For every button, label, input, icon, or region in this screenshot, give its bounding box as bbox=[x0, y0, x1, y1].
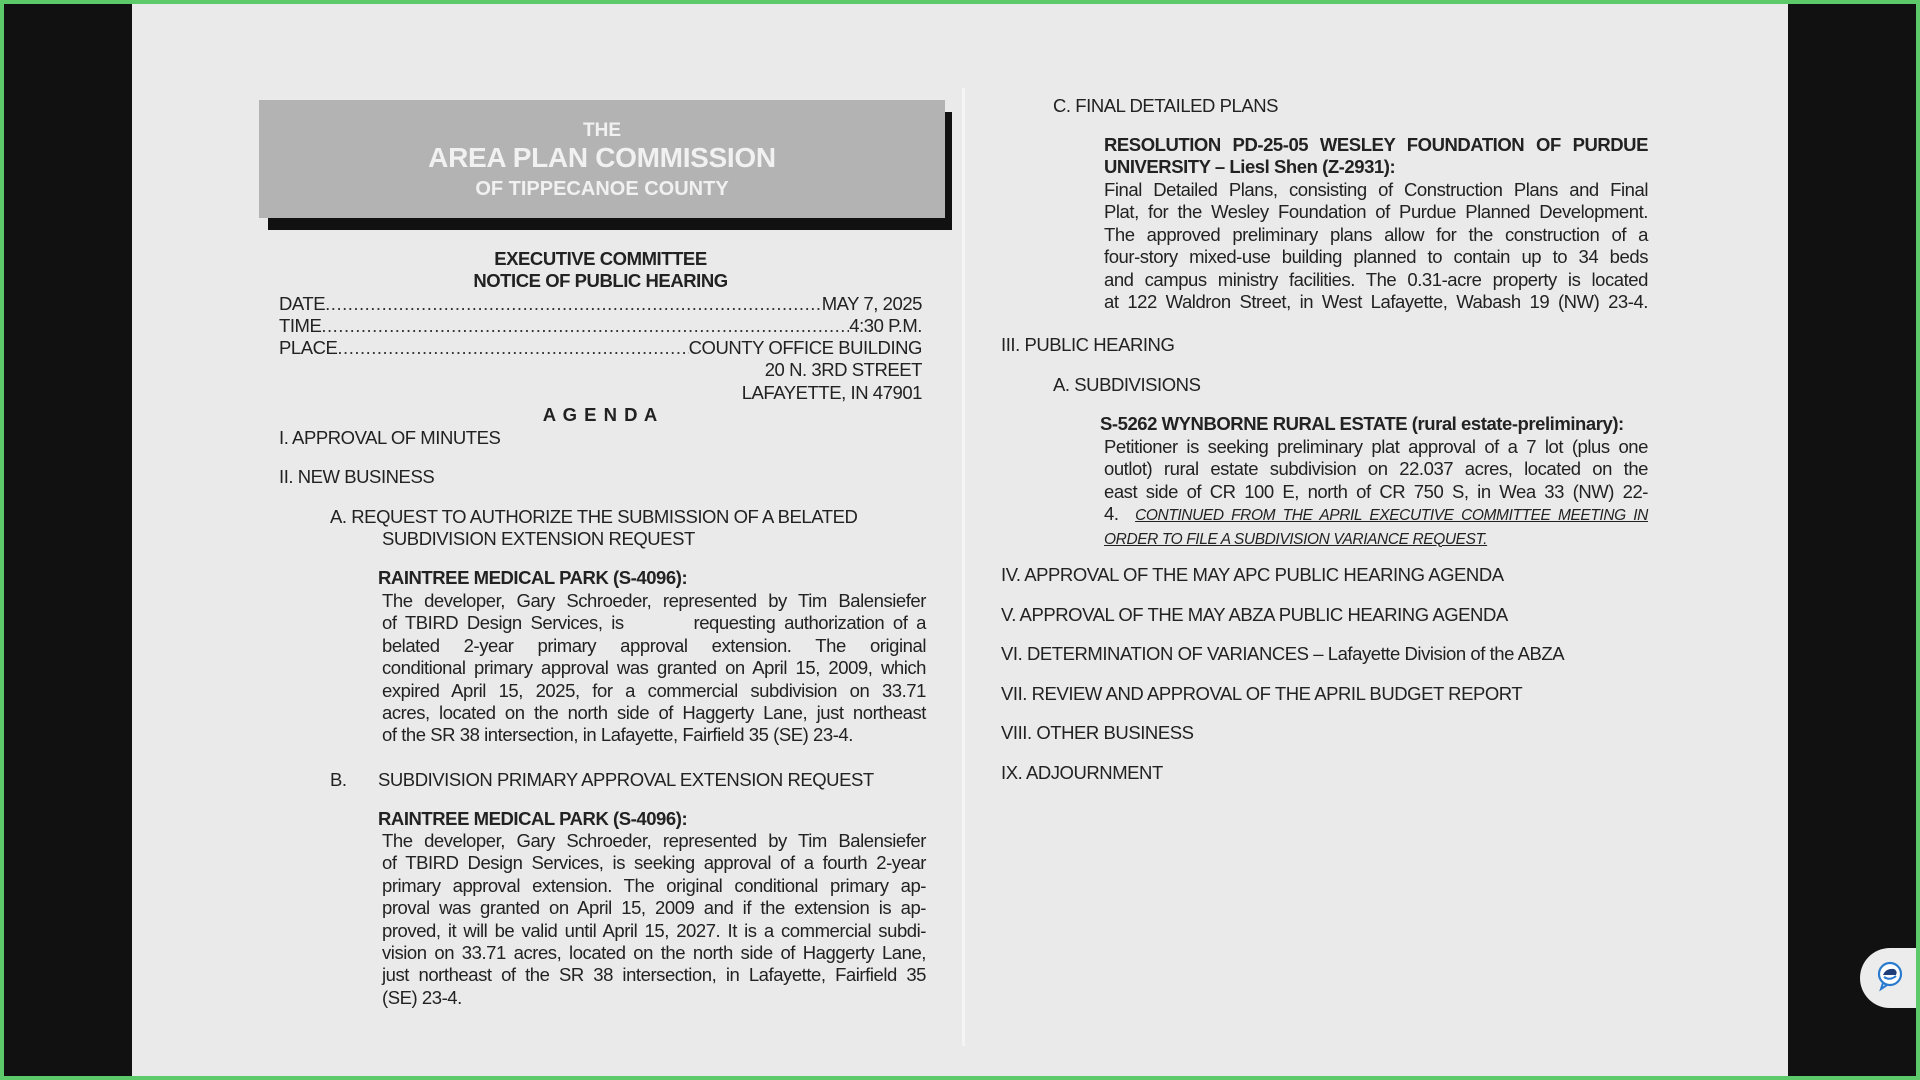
item-2b-letter: B. bbox=[330, 769, 347, 791]
item-3a-case-title: S-5262 WYNBORNE RURAL ESTATE (rural esta… bbox=[1100, 413, 1624, 435]
item-2c-title: C. FINAL DETAILED PLANS bbox=[1053, 95, 1278, 117]
notice-heading: NOTICE OF PUBLIC HEARING bbox=[279, 270, 922, 292]
header-banner: THE AREA PLAN COMMISSION OF TIPPECANOE C… bbox=[259, 100, 945, 218]
continued-note-1: CONTINUED FROM THE APRIL EXECUTIVE COMMI… bbox=[1135, 507, 1648, 524]
time-label: TIME bbox=[279, 315, 321, 337]
document-page: THE AREA PLAN COMMISSION OF TIPPECANOE C… bbox=[132, 4, 1788, 1076]
item-2b-description: The developer, Gary Schroeder, represent… bbox=[382, 830, 926, 1009]
chat-bubble-icon bbox=[1874, 960, 1906, 997]
agenda-item-6: VI. DETERMINATION OF VARIANCES – Lafayet… bbox=[1001, 643, 1564, 665]
item-3a-title: A. SUBDIVISIONS bbox=[1053, 374, 1200, 396]
leader-dots bbox=[337, 337, 688, 359]
place-row: PLACE COUNTY OFFICE BUILDING bbox=[279, 337, 922, 359]
place-label: PLACE bbox=[279, 337, 337, 359]
agenda-item-8: VIII. OTHER BUSINESS bbox=[1001, 722, 1194, 744]
agenda-item-1: I. APPROVAL OF MINUTES bbox=[279, 427, 500, 449]
time-row: TIME 4:30 P.M. bbox=[279, 315, 922, 337]
item-2b-title: SUBDIVISION PRIMARY APPROVAL EXTENSION R… bbox=[378, 769, 874, 791]
column-divider bbox=[962, 88, 965, 1046]
time-value: 4:30 P.M. bbox=[849, 315, 922, 337]
leader-dots bbox=[321, 315, 849, 337]
item-2c-case-title: RESOLUTION PD-25-05 WESLEY FOUNDATION OF… bbox=[1104, 134, 1648, 179]
date-label: DATE bbox=[279, 293, 325, 315]
item-2a-title-line2: SUBDIVISION EXTENSION REQUEST bbox=[382, 528, 695, 550]
item-2c-description: Final Detailed Plans, consisting of Cons… bbox=[1104, 179, 1648, 313]
agenda-item-2: II. NEW BUSINESS bbox=[279, 466, 434, 488]
item-2a-case-title: RAINTREE MEDICAL PARK (S-4096): bbox=[378, 567, 687, 589]
header-county: OF TIPPECANOE COUNTY bbox=[259, 178, 945, 201]
agenda-item-9: IX. ADJOURNMENT bbox=[1001, 762, 1163, 784]
item-2a-title-line1: A. REQUEST TO AUTHORIZE THE SUBMISSION O… bbox=[330, 506, 857, 528]
chat-button[interactable] bbox=[1860, 948, 1920, 1008]
agenda-item-7: VII. REVIEW AND APPROVAL OF THE APRIL BU… bbox=[1001, 683, 1522, 705]
date-value: MAY 7, 2025 bbox=[822, 293, 922, 315]
date-row: DATE MAY 7, 2025 bbox=[279, 293, 922, 315]
address-line-1: 20 N. 3RD STREET bbox=[279, 359, 922, 381]
item-3a-description: Petitioner is seeking preliminary plat a… bbox=[1104, 436, 1648, 549]
leader-dots bbox=[325, 293, 822, 315]
item-2a-description: The developer, Gary Schroeder, represent… bbox=[382, 590, 926, 747]
agenda-item-5: V. APPROVAL OF THE MAY ABZA PUBLIC HEARI… bbox=[1001, 604, 1508, 626]
item-3a-last-line: 4. CONTINUED FROM THE APRIL EXECUTIVE CO… bbox=[1104, 503, 1648, 527]
item-2b-case-title: RAINTREE MEDICAL PARK (S-4096): bbox=[378, 808, 687, 830]
continued-note-2: ORDER TO FILE A SUBDIVISION VARIANCE REQ… bbox=[1104, 531, 1487, 548]
address-line-2: LAFAYETTE, IN 47901 bbox=[279, 382, 922, 404]
agenda-item-3: III. PUBLIC HEARING bbox=[1001, 334, 1174, 356]
place-value: COUNTY OFFICE BUILDING bbox=[689, 337, 922, 359]
header-the: THE bbox=[259, 120, 945, 142]
agenda-heading: A G E N D A bbox=[279, 404, 922, 426]
agenda-item-4: IV. APPROVAL OF THE MAY APC PUBLIC HEARI… bbox=[1001, 564, 1504, 586]
committee-heading: EXECUTIVE COMMITTEE bbox=[279, 248, 922, 270]
header-title: AREA PLAN COMMISSION bbox=[259, 142, 945, 174]
